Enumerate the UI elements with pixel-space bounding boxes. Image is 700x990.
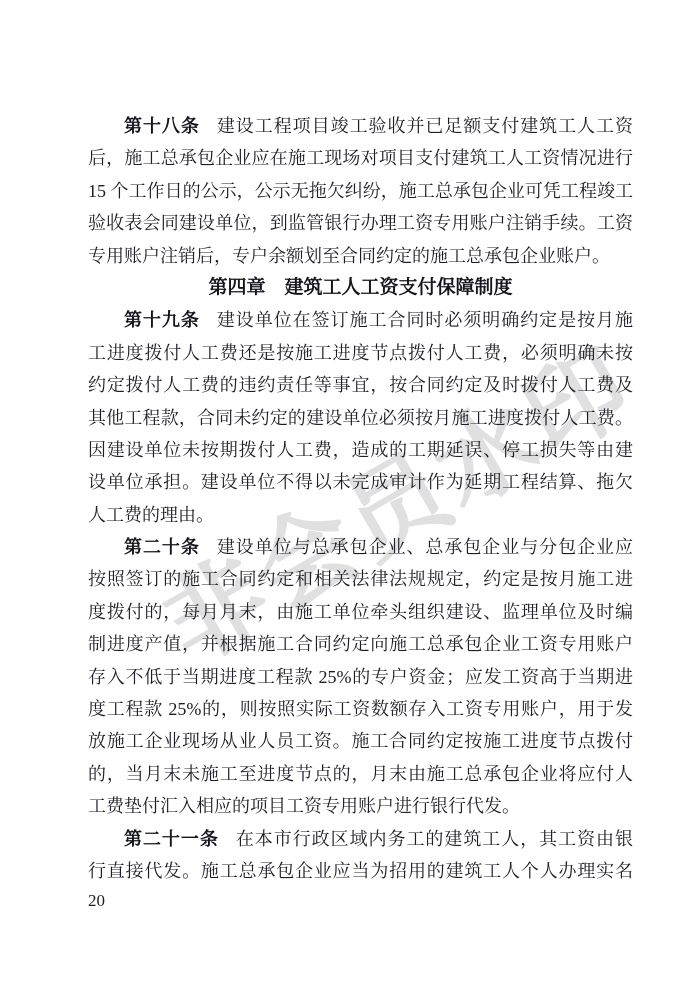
text-line: 按照签订的施工合同约定和相关法律法规规定，约定是按月施工进 xyxy=(88,563,633,595)
text-line: 第二十一条在本市行政区域内务工的建筑工人，其工资由银 xyxy=(88,823,633,855)
text-line: 设单位承担。建设单位不得以未完成审计作为延期工程结算、拖欠 xyxy=(88,466,633,498)
document-body: 第十八条建设工程项目竣工验收并已足额支付建筑工人工资后，施工总承包企业应在施工现… xyxy=(88,110,633,887)
text-line: 第十八条建设工程项目竣工验收并已足额支付建筑工人工资 xyxy=(88,110,633,142)
article-text: 建设单位与总承包企业、总承包企业与分包企业应 xyxy=(217,537,633,557)
article-number: 第二十条 xyxy=(124,537,200,557)
text-line: 因建设单位未按期拨付人工费，造成的工期延误、停工损失等由建 xyxy=(88,434,633,466)
document-page: 非会员水印 第十八条建设工程项目竣工验收并已足额支付建筑工人工资后，施工总承包企… xyxy=(0,0,700,990)
text-line: 第十九条建设单位在签订施工合同时必须明确约定是按月施 xyxy=(88,304,633,336)
text-line: 放施工企业现场从业人员工资。施工合同约定按施工进度节点拨付 xyxy=(88,725,633,757)
text-line: 验收表会同建设单位，到监管银行办理工资专用账户注销手续。工资 xyxy=(88,207,633,239)
article-text: 在本市行政区域内务工的建筑工人，其工资由银 xyxy=(236,829,633,849)
article-number: 第二十一条 xyxy=(124,829,219,849)
article-number: 第十八条 xyxy=(124,116,200,136)
text-line: 工进度拨付人工费还是按施工进度节点拨付人工费，必须明确未按 xyxy=(88,337,633,369)
article-text: 建设工程项目竣工验收并已足额支付建筑工人工资 xyxy=(217,116,633,136)
text-line: 其他工程款，合同未约定的建设单位必须按月施工进度拨付人工费。 xyxy=(88,402,633,434)
text-line: 行直接代发。施工总承包企业应当为招用的建筑工人个人办理实名 xyxy=(88,855,633,887)
text-line: 的，当月末未施工至进度节点的，月末由施工总承包企业将应付人 xyxy=(88,758,633,790)
text-line: 人工费的理由。 xyxy=(88,499,633,531)
text-line: 后，施工总承包企业应在施工现场对项目支付建筑工人工资情况进行 xyxy=(88,142,633,174)
article-number: 第十九条 xyxy=(124,310,200,330)
text-line: 制进度产值，并根据施工合同约定向施工总承包企业工资专用账户 xyxy=(88,628,633,660)
article-text: 建设单位在签订施工合同时必须明确约定是按月施 xyxy=(217,310,633,330)
text-line: 存入不低于当期进度工程款 25%的专户资金；应发工资高于当期进 xyxy=(88,661,633,693)
page-number: 20 xyxy=(88,890,105,912)
chapter-number: 第四章 xyxy=(208,277,265,298)
chapter-heading: 第四章建筑工人工资支付保障制度 xyxy=(88,272,633,304)
text-line: 度拨付的，每月月末，由施工单位牵头组织建设、监理单位及时编 xyxy=(88,596,633,628)
text-line: 工费垫付汇入相应的项目工资专用账户进行银行代发。 xyxy=(88,790,633,822)
text-line: 度工程款 25%的，则按照实际工资数额存入工资专用账户，用于发 xyxy=(88,693,633,725)
text-line: 专用账户注销后，专户余额划至合同约定的施工总承包企业账户。 xyxy=(88,240,633,272)
text-line: 第二十条建设单位与总承包企业、总承包企业与分包企业应 xyxy=(88,531,633,563)
text-line: 约定拨付人工费的违约责任等事宜，按合同约定及时拨付人工费及 xyxy=(88,369,633,401)
text-line: 15 个工作日的公示，公示无拖欠纠纷，施工总承包企业可凭工程竣工 xyxy=(88,175,633,207)
chapter-title: 建筑工人工资支付保障制度 xyxy=(285,277,513,298)
